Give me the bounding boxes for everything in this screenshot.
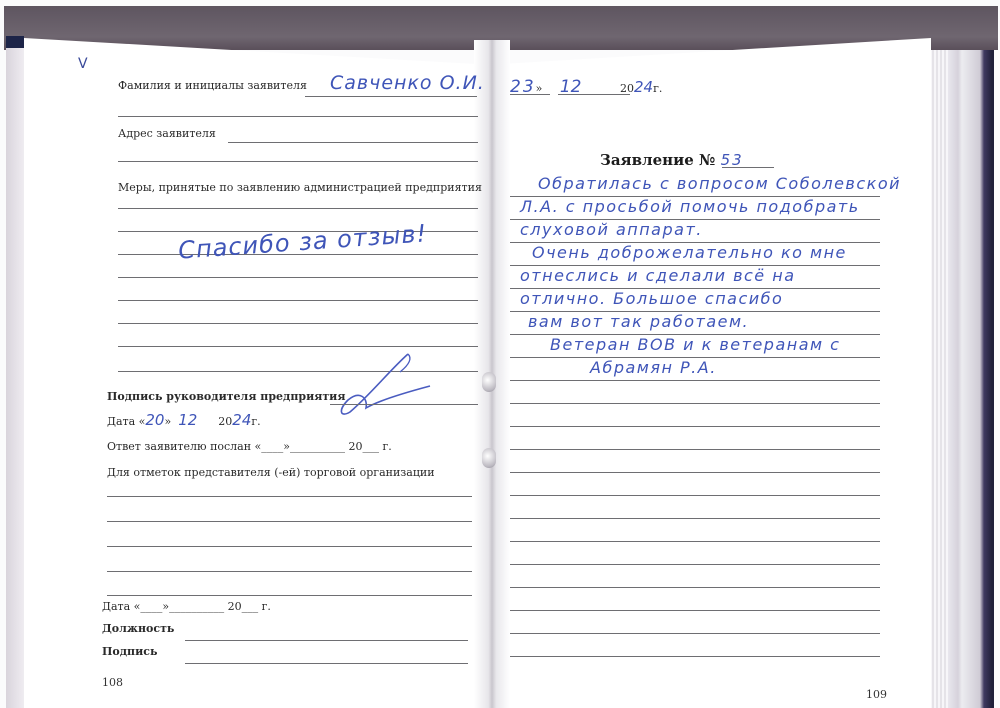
statement-day-line xyxy=(510,94,550,95)
statement-line: Ветеран ВОВ и к ветеранам с xyxy=(550,335,840,354)
statement-line: Очень доброжелательно ко мне xyxy=(532,243,847,262)
statement-date-year-end: г. xyxy=(653,82,662,95)
manager-signature-line xyxy=(330,404,478,405)
statement-rule xyxy=(510,403,880,404)
rep-line-5 xyxy=(107,595,472,596)
date-label: Дата « xyxy=(107,415,145,428)
book-cover-right xyxy=(948,50,994,708)
statement-number-line xyxy=(722,167,774,168)
date-year-end: г. xyxy=(251,415,260,428)
rep-line-2 xyxy=(107,521,472,522)
statement-rule xyxy=(510,587,880,588)
measures-line-4 xyxy=(118,277,478,278)
statement-rule xyxy=(510,518,880,519)
signature-line xyxy=(185,663,468,664)
book-cover-left xyxy=(6,36,24,708)
statement-heading-text: Заявление № xyxy=(600,151,715,169)
applicant-name-value: Савченко О.И. xyxy=(330,72,485,94)
rep-notes-label: Для отметок представителя (-ей) торговой… xyxy=(107,466,435,479)
rep-line-1 xyxy=(107,496,472,497)
statement-rule xyxy=(510,633,880,634)
address-label: Адрес заявителя xyxy=(118,127,216,140)
rep-line-4 xyxy=(107,571,472,572)
statement-line: Л.А. с просьбой помочь подобрать xyxy=(520,197,860,216)
date-quote: » xyxy=(164,415,171,428)
signature-label: Подпись xyxy=(102,645,157,658)
rep-line-3 xyxy=(107,546,472,547)
measures-label: Меры, принятые по заявлению администраци… xyxy=(118,181,482,194)
date-month: 12 xyxy=(178,411,197,429)
date-year-prefix: 20 xyxy=(218,415,232,428)
statement-date-year-suffix: 24 xyxy=(634,78,653,96)
statement-line: отнеслись и сделали всё на xyxy=(520,266,796,285)
applicant-name-line xyxy=(305,96,477,97)
statement-rule xyxy=(510,610,880,611)
page-number-right: 109 xyxy=(866,688,887,701)
measures-line-7 xyxy=(118,346,478,347)
page-number-left: 108 xyxy=(102,676,123,689)
rep-date-label: Дата «____»__________ 20___ г. xyxy=(102,600,271,613)
manager-date: Дата «20» 12 2024г. xyxy=(107,411,261,429)
statement-rule xyxy=(510,449,880,450)
manager-signature xyxy=(330,350,440,420)
statement-rule xyxy=(510,541,880,542)
address-line-2 xyxy=(118,161,478,162)
measures-line-5 xyxy=(118,300,478,301)
statement-rule xyxy=(510,426,880,427)
position-line xyxy=(185,640,468,641)
statement-rule xyxy=(510,656,880,657)
statement-month-line xyxy=(558,94,630,95)
statement-line: Обратилась с вопросом Соболевской xyxy=(538,174,901,193)
measures-line-1 xyxy=(118,208,478,209)
statement-line: Абрамян Р.А. xyxy=(590,358,717,377)
manager-signature-label: Подпись руководителя предприятия xyxy=(107,390,345,403)
statement-rule xyxy=(510,380,880,381)
statement-line: вам вот так работаем. xyxy=(528,312,749,331)
date-year-suffix: 24 xyxy=(232,411,251,429)
measures-line-6 xyxy=(118,323,478,324)
statement-line: слуховой аппарат. xyxy=(520,220,703,239)
staple-bottom xyxy=(482,448,496,468)
date-day: 20 xyxy=(145,411,164,429)
statement-line: отлично. Большое спасибо xyxy=(520,289,783,308)
check-mark: V xyxy=(78,56,88,72)
book-cover-corner xyxy=(6,36,24,48)
address-line xyxy=(228,142,478,143)
reply-sent-label: Ответ заявителю послан «____»__________ … xyxy=(107,440,392,453)
applicant-name-line-2 xyxy=(118,116,478,117)
statement-rule xyxy=(510,495,880,496)
statement-rule xyxy=(510,564,880,565)
applicant-name-label: Фамилия и инициалы заявителя xyxy=(118,79,307,92)
position-label: Должность xyxy=(102,622,174,635)
staple-top xyxy=(482,372,496,392)
page-edges xyxy=(930,50,948,708)
statement-rule xyxy=(510,472,880,473)
